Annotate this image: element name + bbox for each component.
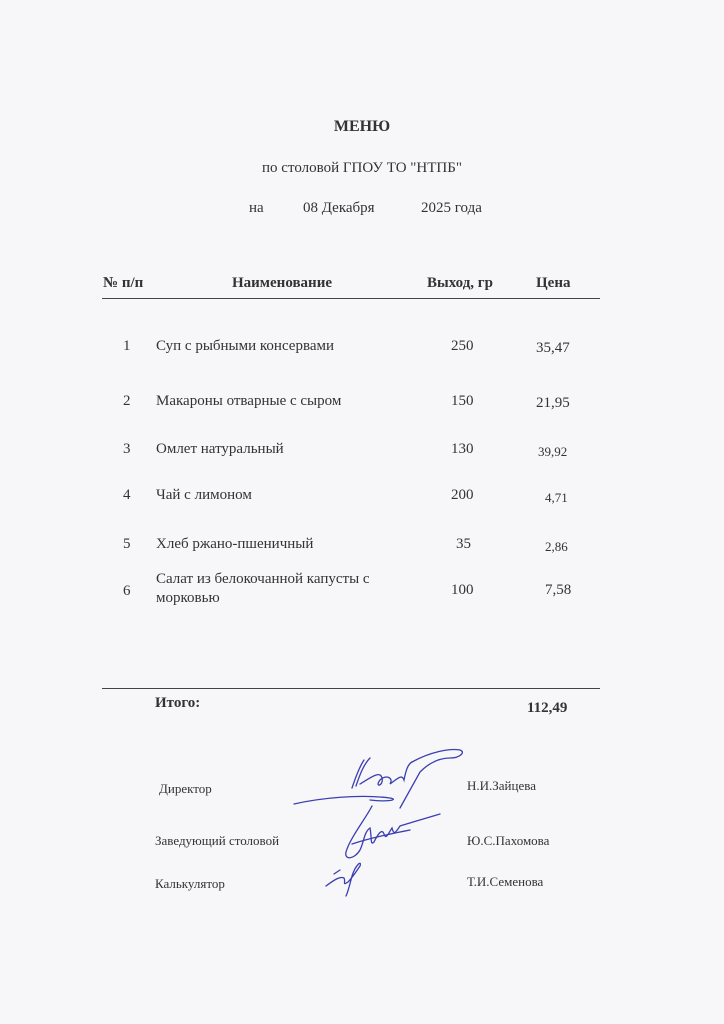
row-name-line2: морковью (156, 589, 370, 608)
document-subtitle: по столовой ГПОУ ТО "НТПБ" (0, 160, 724, 177)
date-value: 08 Декабря (303, 200, 375, 217)
row-number: 5 (123, 536, 131, 553)
signature-name-calculator: Т.И.Семенова (467, 874, 543, 890)
header-yield: Выход, гр (427, 275, 493, 292)
signature-role-calculator: Калькулятор (155, 876, 225, 892)
row-number: 1 (123, 338, 131, 355)
row-name-line1: Салат из белокочанной капусты с (156, 570, 370, 589)
row-name: Чай с лимоном (156, 487, 252, 504)
row-price: 2,86 (545, 539, 568, 555)
total-label: Итого: (155, 695, 200, 712)
row-number: 4 (123, 487, 131, 504)
row-yield: 200 (451, 487, 474, 504)
row-number: 3 (123, 441, 131, 458)
row-yield: 35 (456, 536, 471, 553)
handwritten-signatures (290, 748, 470, 898)
document-title: МЕНЮ (0, 118, 724, 136)
row-yield: 250 (451, 338, 474, 355)
row-yield: 100 (451, 582, 474, 599)
row-price: 21,95 (536, 395, 570, 412)
signature-name-director: Н.И.Зайцева (467, 778, 536, 794)
row-name: Суп с рыбными консервами (156, 338, 334, 355)
row-name: Салат из белокочанной капусты с морковью (156, 570, 370, 608)
date-prefix: на (249, 200, 264, 217)
signature-role-canteen-head: Заведующий столовой (155, 833, 279, 849)
row-yield: 130 (451, 441, 474, 458)
signature-name-canteen-head: Ю.С.Пахомова (467, 833, 549, 849)
row-price: 35,47 (536, 340, 570, 357)
row-name: Омлет натуральный (156, 441, 284, 458)
header-number: № п/п (103, 275, 143, 292)
header-price: Цена (536, 275, 570, 292)
row-name: Макароны отварные с сыром (156, 393, 341, 410)
header-divider (102, 298, 600, 299)
row-yield: 150 (451, 393, 474, 410)
row-name: Хлеб ржано-пшеничный (156, 536, 313, 553)
row-price: 4,71 (545, 490, 568, 506)
signature-role-director: Директор (159, 781, 212, 797)
row-number: 6 (123, 583, 131, 600)
header-name: Наименование (232, 275, 332, 292)
row-number: 2 (123, 393, 131, 410)
row-price: 39,92 (538, 444, 567, 460)
total-divider (102, 688, 600, 689)
menu-document: МЕНЮ по столовой ГПОУ ТО "НТПБ" на 08 Де… (0, 0, 724, 1024)
total-value: 112,49 (527, 700, 567, 717)
date-year: 2025 года (421, 200, 482, 217)
row-price: 7,58 (545, 582, 571, 599)
